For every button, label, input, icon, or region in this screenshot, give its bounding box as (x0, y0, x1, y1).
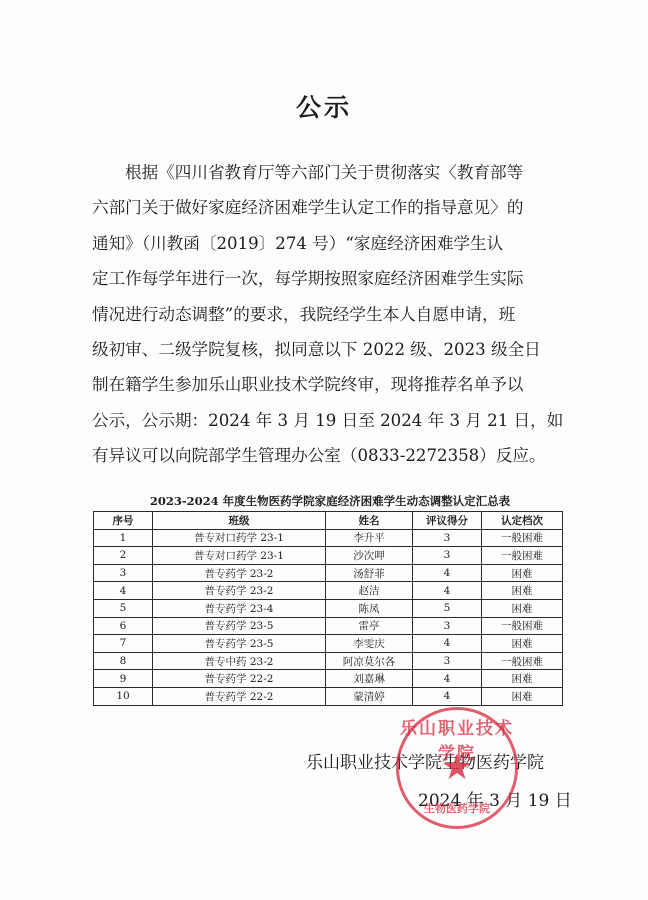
cell-score: 4 (413, 564, 482, 582)
cell-index: 3 (94, 564, 153, 582)
cell-class: 普专药学 23-5 (153, 635, 326, 653)
cell-index: 5 (94, 599, 153, 617)
header-index: 序号 (94, 512, 153, 530)
cell-level: 困难 (482, 599, 563, 617)
cell-score: 3 (413, 617, 482, 635)
header-name: 姓名 (326, 512, 413, 530)
cell-name: 阿凉莫尔各 (326, 652, 413, 670)
table-row: 3普专药学 23-2汤舒菲4困难 (94, 564, 563, 582)
cell-name: 汤舒菲 (326, 564, 413, 582)
header-class: 班级 (153, 512, 326, 530)
table-header-row: 序号 班级 姓名 评议得分 认定档次 (94, 512, 563, 530)
page-title: 公示 (0, 88, 648, 124)
body-line: 情况进行动态调整”的要求，我院经学生本人自愿申请，班 (92, 297, 562, 332)
cell-index: 2 (94, 547, 153, 565)
body-line: 通知》（川教函〔2019〕274 号）“家庭经济困难学生认 (92, 226, 562, 261)
cell-index: 6 (94, 617, 153, 635)
body-line: 六部门关于做好家庭经济困难学生认定工作的指导意见〉的 (92, 190, 562, 225)
table-row: 1普专对口药学 23-1李升平3一般困难 (94, 529, 563, 547)
cell-class: 普专药学 22-2 (153, 687, 326, 705)
cell-score: 3 (413, 529, 482, 547)
table-row: 2普专对口药学 23-1沙次呷3一般困难 (94, 547, 563, 565)
cell-index: 9 (94, 670, 153, 688)
cell-class: 普专药学 23-2 (153, 582, 326, 600)
table-row: 10普专药学 22-2蒙清婷4困难 (94, 687, 563, 705)
cell-level: 困难 (482, 635, 563, 653)
cell-score: 5 (413, 599, 482, 617)
cell-score: 3 (413, 652, 482, 670)
cell-score: 4 (413, 635, 482, 653)
body-line: 级初审、二级学院复核，拟同意以下 2022 级、2023 级全日 (92, 332, 562, 367)
seal-bottom-text: 生物医药学院 (399, 800, 515, 816)
official-seal: 乐山职业技术学院 ★ 生物医药学院 (396, 707, 518, 829)
cell-level: 一般困难 (482, 617, 563, 635)
cell-name: 李雯庆 (326, 635, 413, 653)
table-title: 2023-2024 年度生物医药学院家庭经济困难学生动态调整认定汇总表 (80, 493, 580, 509)
cell-index: 1 (94, 529, 153, 547)
cell-index: 10 (94, 687, 153, 705)
body-line: 根据《四川省教育厅等六部门关于贯彻落实〈教育部等 (92, 155, 562, 190)
cell-class: 普专对口药学 23-1 (153, 547, 326, 565)
cell-score: 3 (413, 547, 482, 565)
cell-index: 4 (94, 582, 153, 600)
table-row: 4普专药学 23-2赵洁4困难 (94, 582, 563, 600)
body-line: 公示，公示期：2024 年 3 月 19 日至 2024 年 3 月 21 日，… (92, 403, 562, 438)
cell-name: 李升平 (326, 529, 413, 547)
table-row: 8普专中药 23-2阿凉莫尔各3一般困难 (94, 652, 563, 670)
cell-level: 一般困难 (482, 547, 563, 565)
cell-level: 困难 (482, 670, 563, 688)
table-row: 5普专药学 23-4陈凤5困难 (94, 599, 563, 617)
cell-level: 一般困难 (482, 529, 563, 547)
cell-score: 4 (413, 582, 482, 600)
cell-name: 雷亭 (326, 617, 413, 635)
cell-name: 刘嘉琳 (326, 670, 413, 688)
cell-name: 赵洁 (326, 582, 413, 600)
cell-score: 4 (413, 687, 482, 705)
cell-class: 普专对口药学 23-1 (153, 529, 326, 547)
cell-level: 一般困难 (482, 652, 563, 670)
cell-index: 8 (94, 652, 153, 670)
cell-name: 蒙清婷 (326, 687, 413, 705)
body-line: 制在籍学生参加乐山职业技术学院终审，现将推荐名单予以 (92, 367, 562, 402)
table-row: 9普专药学 22-2刘嘉琳4困难 (94, 670, 563, 688)
table-row: 6普专药学 23-5雷亭3一般困难 (94, 617, 563, 635)
cell-index: 7 (94, 635, 153, 653)
cell-level: 困难 (482, 564, 563, 582)
notice-body: 根据《四川省教育厅等六部门关于贯彻落实〈教育部等 六部门关于做好家庭经济困难学生… (92, 155, 562, 474)
cell-class: 普专药学 23-4 (153, 599, 326, 617)
summary-table: 序号 班级 姓名 评议得分 认定档次 1普专对口药学 23-1李升平3一般困难 … (93, 511, 563, 706)
cell-name: 沙次呷 (326, 547, 413, 565)
header-score: 评议得分 (413, 512, 482, 530)
cell-name: 陈凤 (326, 599, 413, 617)
header-level: 认定档次 (482, 512, 563, 530)
cell-class: 普专药学 22-2 (153, 670, 326, 688)
cell-class: 普专药学 23-2 (153, 564, 326, 582)
star-icon: ★ (441, 750, 473, 786)
table-row: 7普专药学 23-5李雯庆4困难 (94, 635, 563, 653)
cell-level: 困难 (482, 582, 563, 600)
body-line: 定工作每学年进行一次，每学期按照家庭经济困难学生实际 (92, 261, 562, 296)
cell-class: 普专中药 23-2 (153, 652, 326, 670)
cell-class: 普专药学 23-5 (153, 617, 326, 635)
body-line: 有异议可以向院部学生管理办公室（0833-2272358）反应。 (92, 438, 562, 473)
cell-level: 困难 (482, 687, 563, 705)
cell-score: 4 (413, 670, 482, 688)
